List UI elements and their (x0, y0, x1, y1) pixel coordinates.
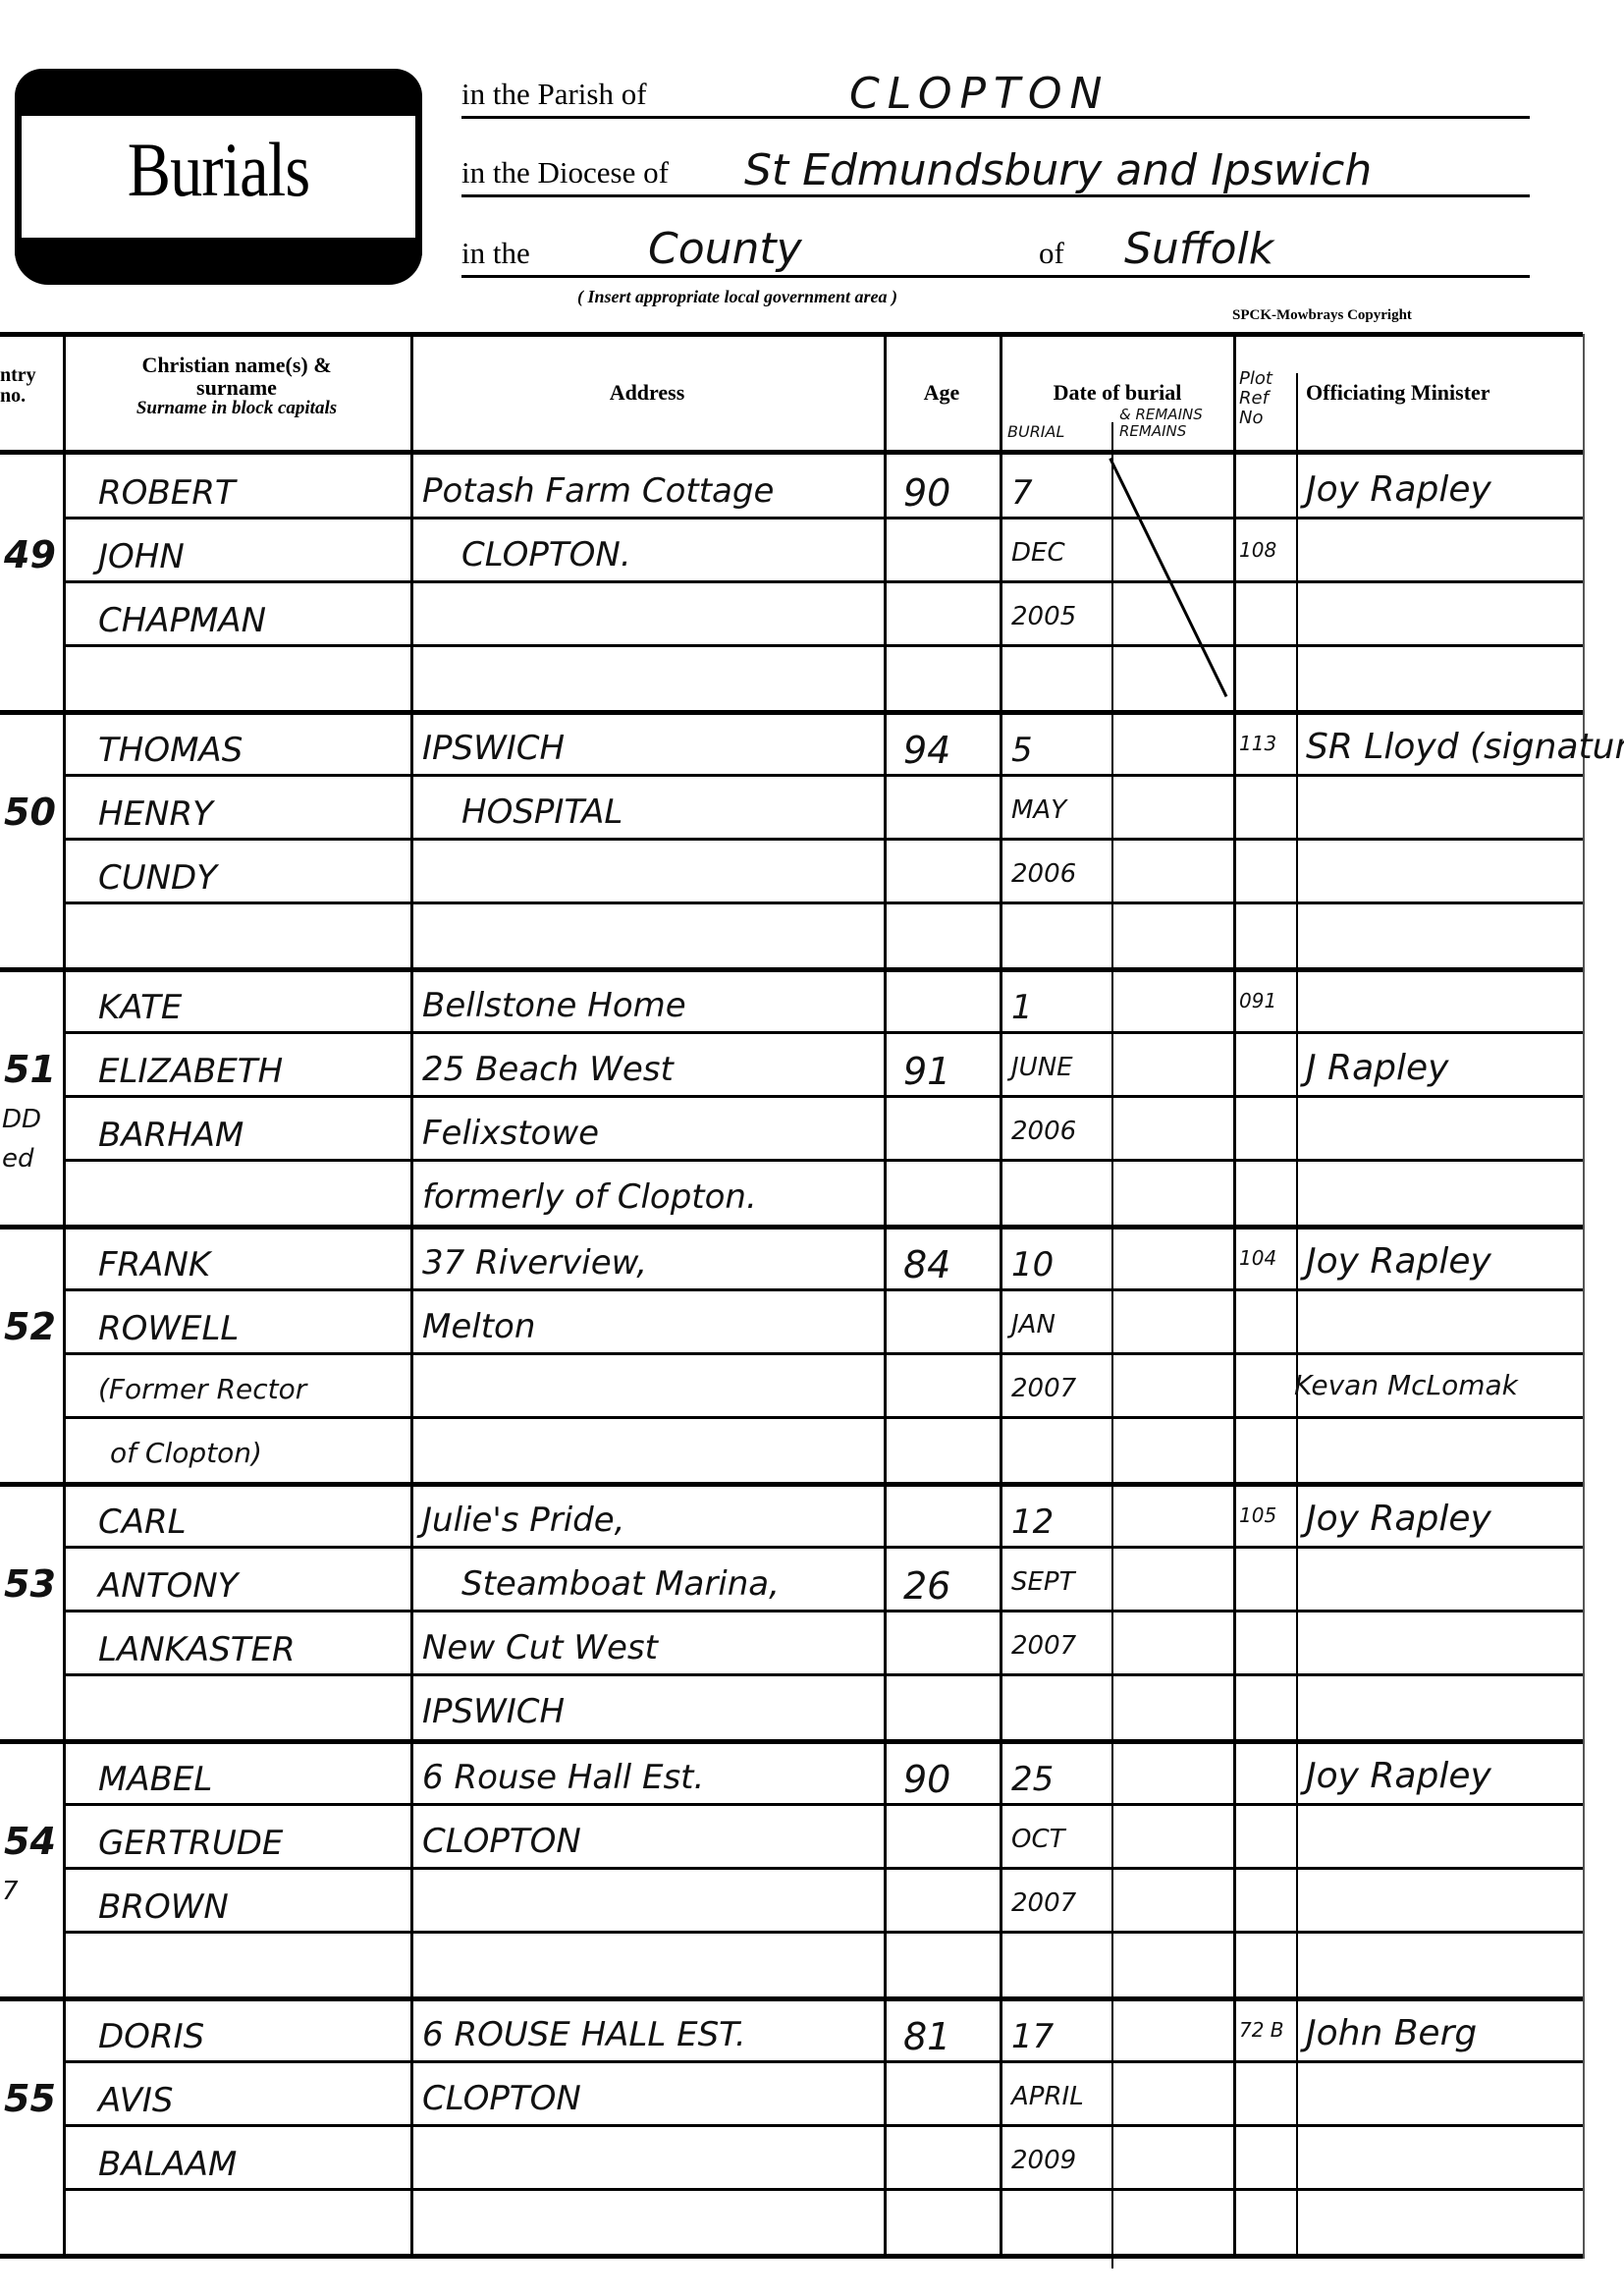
line-rule (63, 1095, 1583, 1098)
address-line: Potash Farm Cottage (422, 474, 774, 508)
header-age: Age (886, 381, 998, 404)
age-value: 90 (903, 474, 950, 512)
name-line: JOHN (98, 540, 185, 574)
col-divider-entry (63, 334, 66, 2259)
age-value: 94 (903, 732, 950, 769)
header-address: Address (412, 381, 882, 404)
burial-year: 2006 (1011, 1119, 1076, 1144)
name-line: BARHAM (98, 1119, 244, 1152)
entry-side-note: ed (2, 1146, 34, 1172)
entry-boundary-rule (0, 1482, 1583, 1487)
line-rule (63, 1931, 1583, 1934)
name-line: ROBERT (98, 476, 236, 510)
name-line: of Clopton) (110, 1440, 262, 1467)
title-box-top-bar (15, 69, 422, 116)
col-divider-address (884, 334, 887, 2259)
col-divider-age (1000, 334, 1002, 2259)
entry-number: 52 (4, 1305, 56, 1348)
burial-day: 25 (1011, 1763, 1054, 1796)
line-rule (63, 1803, 1583, 1806)
table-top-rule (0, 332, 1583, 337)
entry-boundary-rule (0, 1996, 1583, 2001)
age-value: 26 (903, 1567, 950, 1605)
burial-day: 17 (1011, 2020, 1054, 2053)
line-rule (63, 2188, 1583, 2191)
col-divider-date (1233, 334, 1236, 2259)
line-rule (63, 1352, 1583, 1355)
header-date: Date of burial (1001, 381, 1233, 404)
line-rule (63, 838, 1583, 841)
entry-number: 55 (4, 2077, 56, 2120)
line-rule (63, 517, 1583, 519)
area-hint: ( Insert appropriate local government ar… (577, 287, 897, 307)
burial-day: 7 (1011, 476, 1033, 510)
name-line: BALAAM (98, 2148, 237, 2181)
plot-ref-number: 091 (1239, 991, 1276, 1011)
line-rule (63, 1673, 1583, 1676)
line-rule (63, 2124, 1583, 2127)
officiating-minister: Kevan McLomak (1294, 1372, 1518, 1399)
burial-day: 5 (1011, 734, 1033, 767)
area-value: County (648, 224, 802, 274)
burial-year: 2006 (1011, 861, 1076, 887)
burial-year: 2007 (1011, 1376, 1076, 1401)
line-rule (63, 1031, 1583, 1034)
address-line: Julie's Pride, (422, 1503, 625, 1537)
register-title: Burials (45, 126, 392, 214)
age-value: 84 (903, 1246, 950, 1284)
line-rule (63, 1159, 1583, 1162)
col-divider-name (410, 334, 413, 2259)
burial-year: 2009 (1011, 2148, 1076, 2173)
address-line: IPSWICH (422, 1695, 565, 1728)
plot-ref-number: 72 B (1239, 2020, 1284, 2040)
age-value: 81 (903, 2018, 950, 2055)
line-rule (63, 644, 1583, 647)
name-line: FRANK (98, 1248, 210, 1282)
entry-number: 53 (4, 1562, 56, 1606)
entry-boundary-rule (0, 1225, 1583, 1229)
header-date-remains-note: & REMAINS REMAINS (1119, 407, 1231, 439)
entry-number: 54 (4, 1820, 56, 1863)
line-rule (63, 1610, 1583, 1612)
parish-label: in the Parish of (461, 77, 647, 112)
address-line: Bellstone Home (422, 989, 686, 1022)
name-line: HENRY (98, 797, 213, 831)
remains-strike-line (1109, 458, 1227, 697)
diocese-label: in the Diocese of (461, 155, 669, 191)
line-rule (63, 580, 1583, 583)
line-rule (63, 902, 1583, 904)
name-line: AVIS (98, 2084, 173, 2117)
address-line: HOSPITAL (461, 795, 623, 829)
name-line: ANTONY (98, 1569, 238, 1603)
area-label: in the (461, 236, 530, 271)
burial-day: 1 (1011, 991, 1033, 1024)
name-line: CUNDY (98, 861, 217, 895)
line-rule (63, 2060, 1583, 2063)
burial-month: JUNE (1011, 1055, 1073, 1080)
address-line: 37 Riverview, (422, 1246, 647, 1280)
burial-year: 2007 (1011, 1633, 1076, 1659)
header-bottom-rule (0, 450, 1583, 455)
line-rule (63, 1867, 1583, 1870)
officiating-minister: John Berg (1306, 2016, 1477, 2051)
col-divider-date-sub (1111, 422, 1113, 2268)
parish-value: CLOPTON (849, 69, 1110, 119)
plot-ref-number: 108 (1239, 540, 1276, 560)
name-line: ELIZABETH (98, 1055, 283, 1088)
officiating-minister: J Rapley (1306, 1051, 1448, 1086)
name-line: GERTRUDE (98, 1827, 283, 1860)
burial-day: 12 (1011, 1505, 1054, 1539)
county-value: Suffolk (1124, 224, 1273, 274)
header-date-burial-note: BURIAL (1007, 424, 1064, 440)
plot-ref-number: 105 (1239, 1505, 1276, 1525)
officiating-minister: Joy Rapley (1306, 1759, 1491, 1794)
header-minister: Officiating Minister (1298, 381, 1591, 404)
name-line: MABEL (98, 1763, 212, 1796)
address-line: New Cut West (422, 1631, 658, 1665)
header-name: Christian name(s) & surname Surname in b… (65, 354, 408, 418)
burial-year: 2007 (1011, 1890, 1076, 1916)
name-line: (Former Rector (98, 1376, 306, 1403)
diocese-value: St Edmundsbury and Ipswich (744, 145, 1372, 195)
burials-title-box: Burials (15, 69, 422, 285)
name-line: BROWN (98, 1890, 229, 1924)
address-line: IPSWICH (422, 732, 565, 765)
title-box-bottom-bar (15, 238, 422, 285)
copyright-note: SPCK-Mowbrays Copyright (1232, 307, 1412, 324)
entry-side-note: 7 (2, 1879, 19, 1904)
burial-month: JAN (1011, 1312, 1056, 1338)
address-line: 6 ROUSE HALL EST. (422, 2018, 746, 2051)
title-box-left-edge (15, 98, 22, 255)
name-line: ROWELL (98, 1312, 239, 1345)
address-line: 25 Beach West (422, 1053, 674, 1086)
address-line: CLOPTON. (461, 538, 631, 572)
address-line: Melton (422, 1310, 535, 1343)
address-line: CLOPTON (422, 1825, 581, 1858)
burial-month: MAY (1011, 797, 1066, 823)
officiating-minister: Joy Rapley (1306, 1502, 1491, 1537)
table-right-edge (1583, 334, 1585, 2259)
line-rule (63, 1288, 1583, 1291)
of-label: of (1039, 236, 1064, 271)
header-plot-ref: Plot Ref No (1239, 369, 1292, 427)
burial-year: 2005 (1011, 604, 1076, 629)
address-line: formerly of Clopton. (422, 1180, 757, 1214)
age-value: 91 (903, 1053, 950, 1090)
entry-boundary-rule (0, 967, 1583, 972)
plot-ref-number: 104 (1239, 1248, 1276, 1268)
address-line: Steamboat Marina, (461, 1567, 780, 1601)
col-divider-plot (1296, 373, 1298, 2259)
header-entry-no: Entry No.ntryno. (0, 365, 61, 407)
age-value: 90 (903, 1761, 950, 1798)
officiating-minister: Joy Rapley (1306, 472, 1491, 508)
name-line: KATE (98, 991, 182, 1024)
address-line: Felixstowe (422, 1117, 599, 1150)
entry-number: 51 (4, 1048, 56, 1091)
area-underline (461, 275, 1530, 278)
name-line: LANKASTER (98, 1633, 296, 1667)
burial-day: 10 (1011, 1248, 1054, 1282)
title-box-right-edge (415, 98, 422, 255)
address-line: 6 Rouse Hall Est. (422, 1761, 704, 1794)
line-rule (63, 1416, 1583, 1419)
line-rule (63, 1546, 1583, 1549)
burial-month: SEPT (1011, 1569, 1075, 1595)
entry-number: 50 (4, 791, 56, 834)
name-line: CARL (98, 1505, 187, 1539)
burial-month: OCT (1011, 1827, 1065, 1852)
burial-month: APRIL (1011, 2084, 1084, 2109)
name-line: CHAPMAN (98, 604, 266, 637)
burial-month: DEC (1011, 540, 1065, 566)
entry-boundary-rule (0, 2254, 1583, 2259)
plot-ref-number: 113 (1239, 734, 1276, 753)
entry-boundary-rule (0, 1739, 1583, 1744)
officiating-minister: SR Lloyd (signature) (1306, 730, 1624, 765)
entry-number: 49 (4, 533, 56, 576)
address-line: CLOPTON (422, 2082, 581, 2115)
entry-side-note: DD (2, 1107, 41, 1132)
line-rule (63, 774, 1583, 777)
officiating-minister: Joy Rapley (1306, 1244, 1491, 1280)
entry-boundary-rule (0, 710, 1583, 715)
name-line: THOMAS (98, 734, 243, 767)
name-line: DORIS (98, 2020, 204, 2053)
